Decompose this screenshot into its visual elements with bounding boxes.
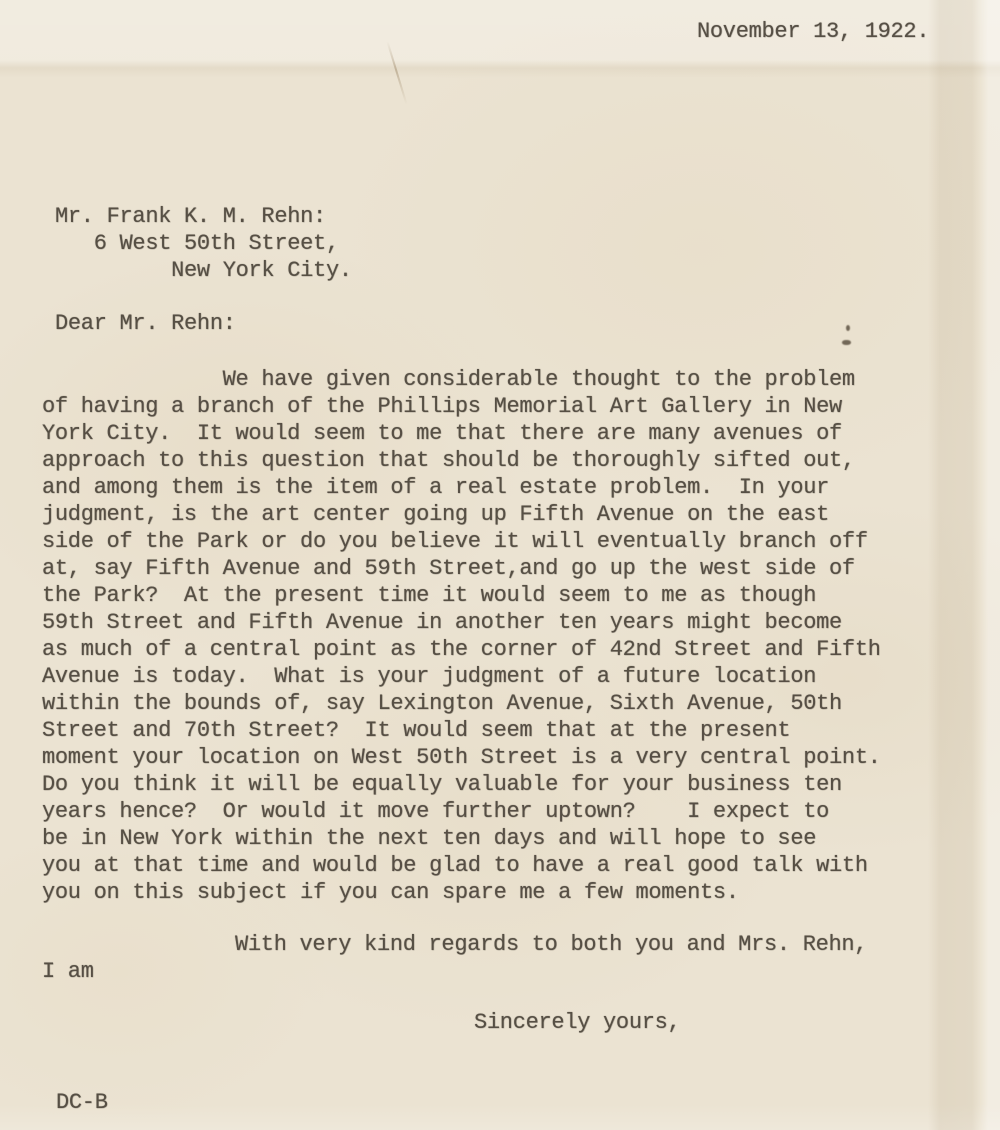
signoff-line: Sincerely yours, bbox=[474, 1009, 680, 1036]
body-line: We have given considerable thought to th… bbox=[42, 366, 881, 393]
closing-regards-line: With very kind regards to both you and M… bbox=[42, 931, 867, 958]
body-line: moment your location on West 50th Street… bbox=[42, 744, 881, 771]
body-line: and among them is the item of a real est… bbox=[42, 474, 881, 501]
recipient-address-line: Mr. Frank K. M. Rehn: bbox=[55, 203, 352, 230]
letter-body: We have given considerable thought to th… bbox=[42, 366, 881, 906]
recipient-address-line: 6 West 50th Street, bbox=[55, 230, 352, 257]
body-line: York City. It would seem to me that ther… bbox=[42, 420, 881, 447]
closing-i-am-line: I am bbox=[42, 958, 94, 985]
paper-scratch-mark bbox=[386, 41, 407, 105]
body-line: at, say Fifth Avenue and 59th Street,and… bbox=[42, 555, 881, 582]
body-line: you at that time and would be glad to ha… bbox=[42, 852, 881, 879]
body-line: you on this subject if you can spare me … bbox=[42, 879, 881, 906]
body-line: be in New York within the next ten days … bbox=[42, 825, 881, 852]
body-line: of having a branch of the Phillips Memor… bbox=[42, 393, 881, 420]
body-line: Do you think it will be equally valuable… bbox=[42, 771, 881, 798]
body-line: Street and 70th Street? It would seem th… bbox=[42, 717, 881, 744]
recipient-address-block: Mr. Frank K. M. Rehn: 6 West 50th Street… bbox=[55, 203, 352, 284]
body-line: approach to this question that should be… bbox=[42, 447, 881, 474]
body-line: judgment, is the art center going up Fif… bbox=[42, 501, 881, 528]
ink-speck bbox=[842, 340, 851, 345]
body-line: side of the Park or do you believe it wi… bbox=[42, 528, 881, 555]
body-line: within the bounds of, say Lexington Aven… bbox=[42, 690, 881, 717]
body-line: years hence? Or would it move further up… bbox=[42, 798, 881, 825]
date-line: November 13, 1922. bbox=[697, 18, 929, 45]
ink-speck bbox=[846, 325, 850, 331]
letter-page: November 13, 1922. Mr. Frank K. M. Rehn:… bbox=[0, 0, 1000, 1130]
body-line: as much of a central point as the corner… bbox=[42, 636, 881, 663]
body-line: Avenue is today. What is your judgment o… bbox=[42, 663, 881, 690]
typist-reference-initials: DC-B bbox=[56, 1089, 108, 1116]
body-line: the Park? At the present time it would s… bbox=[42, 582, 881, 609]
recipient-address-line: New York City. bbox=[55, 257, 352, 284]
body-line: 59th Street and Fifth Avenue in another … bbox=[42, 609, 881, 636]
salutation-line: Dear Mr. Rehn: bbox=[55, 310, 236, 337]
